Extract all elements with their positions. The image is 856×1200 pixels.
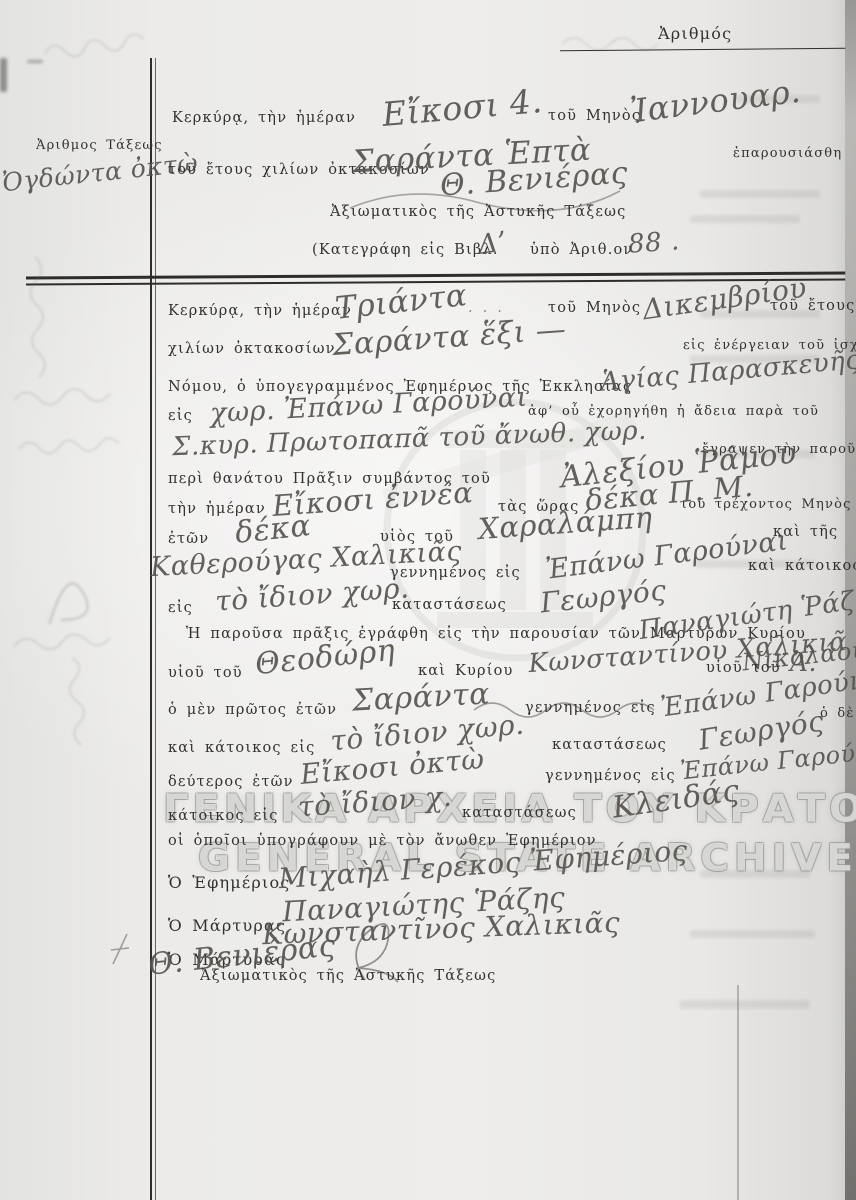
ghost-scribble-top-left [38, 20, 161, 66]
header-number-underline [560, 48, 846, 51]
ghost-print-right-10 [680, 1000, 810, 1009]
left-double-rule-outer [150, 58, 152, 1200]
margin-check-mark [105, 930, 135, 974]
witness2-born-label: γεννημένος εἰς [545, 768, 676, 784]
header-place-day-label: Κερκύρᾳ, τὴν ἡμέραν [172, 110, 356, 126]
witness2-son-label: υἱοῦ τοῦ [706, 660, 781, 676]
body-status-label: καταστάσεως [392, 597, 507, 613]
ghost-margin-script-3 [14, 427, 135, 463]
scanned-death-record-page: ΓΕΝΙΚΑ ΑΡΧΕΙΑ ΤΟΥ ΚΡΑΤΟΥΣ GENERAL STATE … [0, 0, 856, 1200]
register-number-value: 88 . [627, 226, 681, 260]
priest-signature-label: Ὁ Ἐφημέριος [168, 873, 290, 892]
body-guide-dots: . . . [468, 300, 503, 316]
officer-title-bottom: Ἀξιωματικὸς τῆς Ἀστυκῆς Τάξεως [200, 968, 496, 984]
witness1-residence-label: καὶ κάτοικος εἰς [168, 740, 315, 756]
body-born-label: γεννημένος εἰς [390, 565, 521, 581]
ghost-print-right-3 [690, 215, 800, 223]
body-place-day-label: Κερκύρᾳ, τὴν ἡμέραν [168, 303, 352, 319]
header-day-value: Εἴκοσι 4. [381, 81, 544, 134]
left-double-rule-inner [155, 58, 156, 1200]
ghost-margin-script-6 [58, 652, 99, 765]
left-edge-tick [27, 60, 43, 63]
witness1-status-label: καταστάσεως [552, 737, 667, 753]
ghost-print-right-9 [690, 930, 815, 938]
witness1-son-label: υἱοῦ τοῦ [168, 665, 243, 681]
ghost-margin-script-2 [9, 376, 141, 415]
witness2-residence-label: κάτοικος εἰς [168, 808, 279, 824]
ghost-margin-script-1 [21, 253, 56, 404]
left-edge-ink-blot [0, 58, 7, 92]
witness2-status-label: καταστάσεως [462, 805, 577, 821]
body-residence-pre: εἰς [168, 600, 193, 616]
ghost-margin-script-5 [9, 620, 136, 661]
ghost-print-right-2 [700, 190, 820, 198]
witness1-born-label: γεννημένος εἰς [525, 700, 656, 716]
body-resident-label: καὶ κάτοικος [748, 558, 856, 574]
witness2-age-label: δεύτερος ἐτῶν [168, 774, 294, 790]
header-presented-label: ἐπαρουσιάσθη [733, 146, 842, 161]
margin-order-number-label: Ἀριθμος Τάξεως [36, 138, 163, 153]
bottom-right-fold-line [737, 985, 739, 1200]
body-village-pre: εἰς [168, 408, 193, 424]
register-entry-mid: ὑπὸ Ἀριθ.ον [530, 242, 633, 258]
witnesses-second-margin-label: ὁ δὲ [820, 706, 855, 721]
ghost-print-right-8 [700, 870, 810, 878]
witness1-age-label: ὁ μὲν πρῶτος ἐτῶν [168, 702, 337, 718]
body-year-pre: χιλίων ὀκτακοσίων [168, 341, 336, 357]
header-month-value: Ἰαννουαρ. [628, 72, 802, 131]
register-book-value: Δ’ [476, 226, 509, 261]
header-month-label: τοῦ Μηνὸς [548, 108, 641, 124]
body-permission-clause: ἀφ’ οὗ ἐχορηγήθη ἡ ἄδεια παρὰ τοῦ [528, 404, 819, 419]
header-officer-title: Ἀξιωματικὸς τῆς Ἀστυκῆς Τάξεως [330, 204, 626, 220]
register-entry-pre: (Κατεγράφη εἰς Βιβλ. [312, 242, 499, 258]
body-year-label: τοῦ ἔτους [770, 298, 855, 314]
body-age-label: ἐτῶν [168, 531, 209, 547]
record-number-label: Ἀριθμός [658, 24, 732, 43]
ghost-margin-script-4 [19, 553, 120, 642]
